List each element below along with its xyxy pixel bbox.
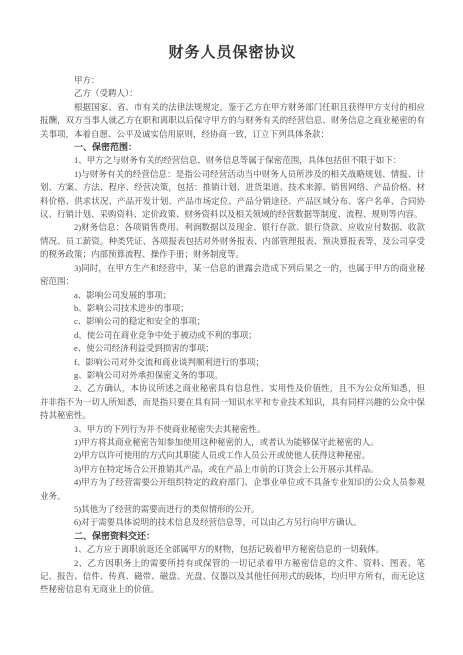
clause: 4)甲方为了经营需要公开组织特定的政府部门、企事业单位或不具备专业知识的公众人员…: [40, 476, 425, 503]
clause: 1、甲方之与财务有关的经营信息、财务信息等属于保密范围，具体包括但不限于如下：: [40, 154, 425, 167]
document-body: 甲方：乙方（受聘人）：根据国家、省、市有关的法律法规规定，鉴于乙方在甲方财务部门…: [40, 74, 425, 597]
section-heading-2: 二、保密资料交还：: [40, 530, 425, 543]
clause: 1、乙方应于离职前返还全部属甲方的财物，包括记载着甲方秘密信息的一切载体。: [40, 543, 425, 556]
clause: 1)与财务有关的经营信息：是指公司经营活动当中财务人员所涉及的相关战略规划、情报…: [40, 168, 425, 222]
preamble: 根据国家、省、市有关的法律法规规定，鉴于乙方在甲方财务部门任职且获得甲方支付的相…: [40, 101, 425, 141]
clause: 2、乙方因职务上的需要所持有或保管的一切记录着甲方秘密信息的文件、资料、图表、笔…: [40, 557, 425, 597]
clause: 1)甲方将其商业秘密告知参加使用这种秘密的人，或者认为能够保守此秘密的人。: [40, 436, 425, 449]
clause: 3)甲方在特定场合公开推销其产品，或在产品上市前的订货会上公开展示其样品。: [40, 463, 425, 476]
document-title: 财务人员保密协议: [40, 44, 425, 62]
list-item-c: c、影响公司的稳定和安全的事项；: [40, 315, 425, 328]
clause: 2)财务信息：各项销售费用、利润数据以及现金、银行存款、银行贷款、应收应付数据、…: [40, 221, 425, 261]
list-item-d: d、使公司在商业竞争中处于被动或不利的事项；: [40, 329, 425, 342]
clause: 3、甲方的下列行为并不使商业秘密失去其秘密性。: [40, 423, 425, 436]
clause: 2、乙方确认，本协议所述之商业秘密具有信息性、实用性及价值性，且不为公众所知悉，…: [40, 382, 425, 422]
list-item-f: f、影响公司对外交流和商业谈判顺利进行的事项；: [40, 356, 425, 369]
list-item-a: a、影响公司发展的事项；: [40, 289, 425, 302]
list-item-b: b、影响公司技术进步的事项；: [40, 302, 425, 315]
list-item-e: e、使公司经济利益受到损害的事项；: [40, 342, 425, 355]
party-a-line: 甲方：: [40, 74, 425, 87]
section-heading-1: 一、保密范围：: [40, 141, 425, 154]
list-item-g: g、影响公司对外承担保密义务的事项。: [40, 369, 425, 382]
clause: 2)甲方以许可使用的方式向其职能人员或工作人员公开或使他人获得这种秘密。: [40, 449, 425, 462]
party-b-line: 乙方（受聘人）：: [40, 87, 425, 100]
clause: 5)其他为了经营的需要而进行的类似情形的公开。: [40, 503, 425, 516]
clause: 6)对于需要具体说明的技术信息及经营信息等，可以由乙方另行向甲方确认。: [40, 516, 425, 529]
document-page: 财务人员保密协议 甲方：乙方（受聘人）：根据国家、省、市有关的法律法规规定，鉴于…: [0, 0, 463, 655]
clause: 3)同时，在甲方生产和经营中，某一信息的泄露会造成下列后果之一的，也属于甲方的商…: [40, 262, 425, 289]
